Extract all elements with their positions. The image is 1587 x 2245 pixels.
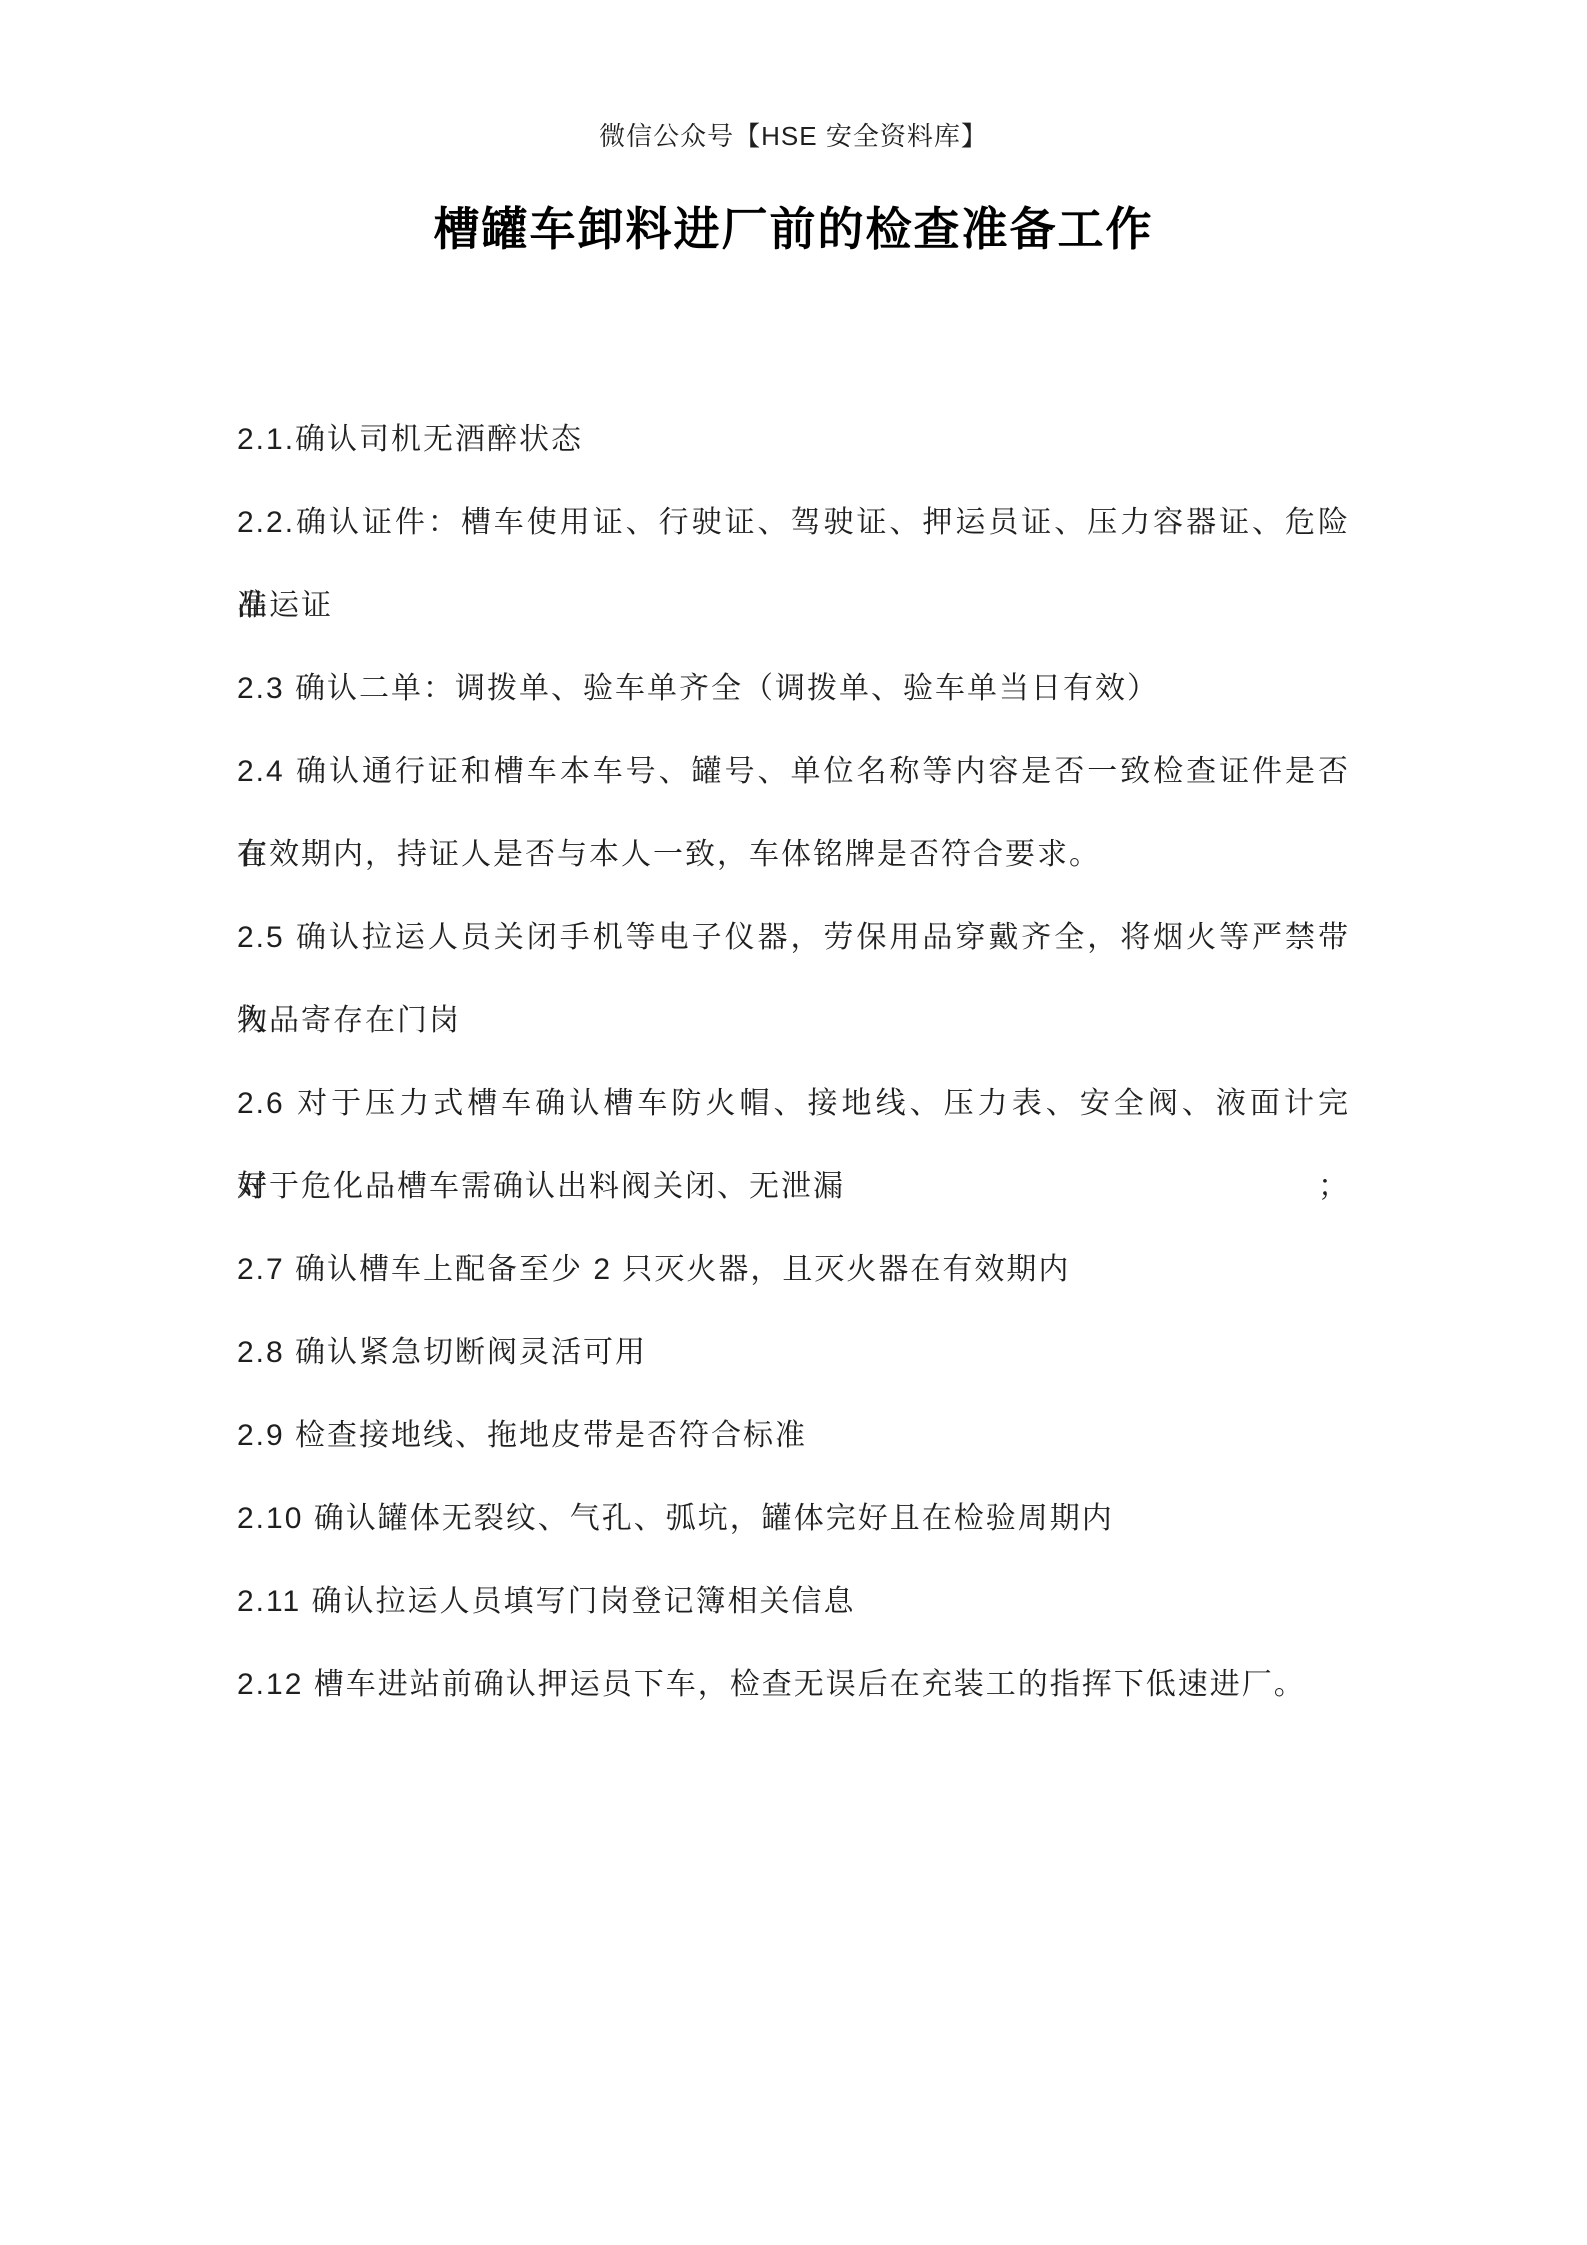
checklist-line: 2.2.确认证件：槽车使用证、行驶证、驾驶证、押运员证、压力容器证、危险品	[237, 481, 1350, 564]
checklist-line: 2.6 对于压力式槽车确认槽车防火帽、接地线、压力表、安全阀、液面计完好；	[237, 1062, 1350, 1145]
checklist-line: 2.10 确认罐体无裂纹、气孔、弧坑，罐体完好且在检验周期内	[237, 1477, 1350, 1560]
document-page: 微信公众号【HSE 安全资料库】 槽罐车卸料进厂前的检查准备工作 2.1.确认司…	[0, 0, 1587, 2245]
wechat-account-header: 微信公众号【HSE 安全资料库】	[0, 120, 1587, 154]
checklist-line: 物品寄存在门岗	[237, 979, 1350, 1062]
checklist-line: 2.12 槽车进站前确认押运员下车，检查无误后在充装工的指挥下低速进厂。	[237, 1643, 1350, 1726]
checklist-line: 2.4 确认通行证和槽车本车号、罐号、单位名称等内容是否一致检查证件是否在	[237, 730, 1350, 813]
checklist-line: 有效期内，持证人是否与本人一致，车体铭牌是否符合要求。	[237, 813, 1350, 896]
checklist-body: 2.1.确认司机无酒醉状态2.2.确认证件：槽车使用证、行驶证、驾驶证、押运员证…	[237, 398, 1350, 1726]
checklist-line: 2.3 确认二单：调拨单、验车单齐全（调拨单、验车单当日有效）	[237, 647, 1350, 730]
checklist-line: 2.7 确认槽车上配备至少 2 只灭火器，且灭火器在有效期内	[237, 1228, 1350, 1311]
checklist-line: 2.11 确认拉运人员填写门岗登记簿相关信息	[237, 1560, 1350, 1643]
checklist-line: 2.1.确认司机无酒醉状态	[237, 398, 1350, 481]
checklist-line: 2.5 确认拉运人员关闭手机等电子仪器，劳保用品穿戴齐全，将烟火等严禁带入	[237, 896, 1350, 979]
checklist-line: 2.8 确认紧急切断阀灵活可用	[237, 1311, 1350, 1394]
checklist-line: 2.9 检查接地线、拖地皮带是否符合标准	[237, 1394, 1350, 1477]
document-title: 槽罐车卸料进厂前的检查准备工作	[0, 198, 1587, 260]
checklist-line: 准运证	[237, 564, 1350, 647]
